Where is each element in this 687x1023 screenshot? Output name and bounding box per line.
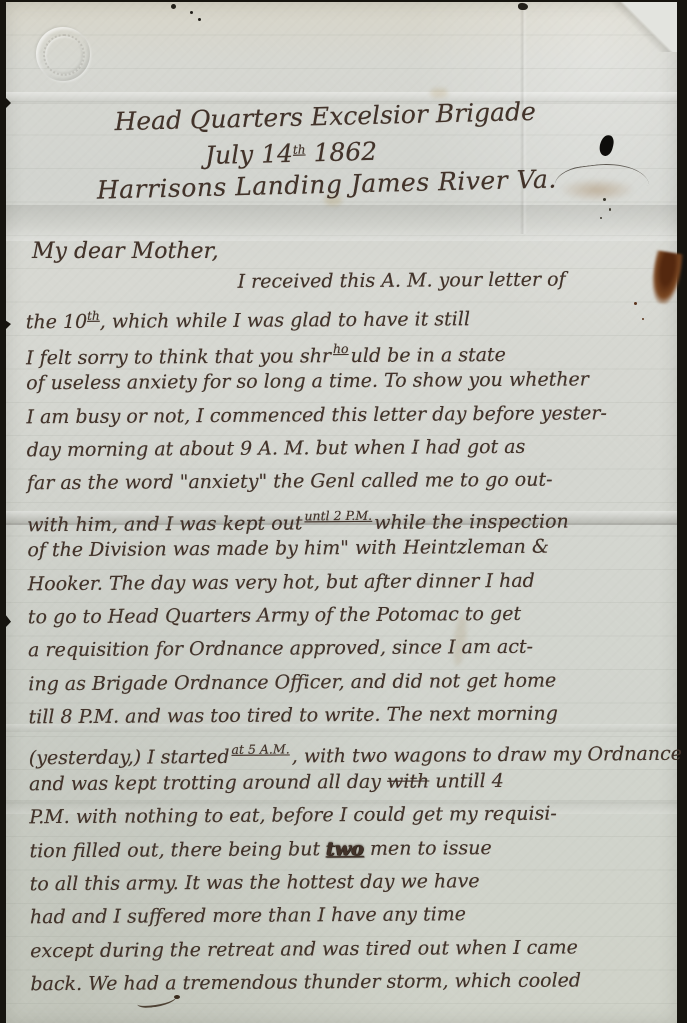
ink-speck xyxy=(603,198,606,201)
letter-line: of useless anxiety for so long a time. T… xyxy=(26,363,676,401)
letter-line-segment: back. We had a tremendous thunder storm,… xyxy=(30,970,581,996)
letter-line-segment: , which while I was glad to have it stil… xyxy=(100,309,470,334)
letter-line-segment: the 10 xyxy=(26,311,87,333)
letter-line-segment: far as the word "anxiety" the Genl calle… xyxy=(27,469,553,495)
letter-line-segment: of the Division was made by him" with He… xyxy=(27,536,549,562)
paper-stain xyxy=(430,88,448,98)
letter-line: to go to Head Quarters Army of the Potom… xyxy=(28,597,678,635)
letter-line-segment: day morning at about 9 A. M. but when I … xyxy=(27,436,526,461)
fold-crease xyxy=(6,205,677,241)
letter-body: I received this A. M. your letter ofthe … xyxy=(25,263,680,1002)
letter-line: of the Division was made by him" with He… xyxy=(27,530,677,568)
letter-line: Hooker. The day was very hot, but after … xyxy=(28,563,678,601)
salutation: My dear Mother, xyxy=(32,239,219,264)
paper-edge-notch xyxy=(5,97,11,109)
struck-text: with xyxy=(387,770,429,792)
letter-line-segment: till 8 P.M. and was too tired to write. … xyxy=(29,703,558,729)
letter-line: a requisition for Ordnance approved, sin… xyxy=(28,630,678,668)
letter-line-segment: Hooker. The day was very hot, but after … xyxy=(28,569,535,595)
inserted-text: at 5 A.M. xyxy=(231,742,289,757)
letter-header: Head Quarters Excelsior Brigade July 14t… xyxy=(5,93,647,209)
letter-line-segment: except during the retreat and was tired … xyxy=(30,936,578,962)
date-year: 1862 xyxy=(305,137,377,168)
letter-page: Head Quarters Excelsior Brigade July 14t… xyxy=(6,2,677,1023)
letter-line: I am busy or not, I commenced this lette… xyxy=(26,396,676,434)
letter-line-segment: ing as Brigade Ordnance Officer, and did… xyxy=(28,669,556,695)
letter-line-segment: I received this A. M. your letter of xyxy=(237,269,565,293)
letter-line: day morning at about 9 A. M. but when I … xyxy=(27,430,677,468)
letter-line: P.M. with nothing to eat, before I could… xyxy=(29,797,679,835)
scan-background: { "letter": { "header": { "line1": "Head… xyxy=(0,0,687,1023)
letter-line: to all this army. It was the hottest day… xyxy=(30,864,680,902)
ink-speck xyxy=(609,208,611,211)
letter-line: far as the word "anxiety" the Genl calle… xyxy=(27,463,677,501)
paper-edge-notch xyxy=(5,614,11,628)
ink-speck xyxy=(518,3,528,10)
embossed-seal xyxy=(36,27,90,81)
inserted-text: untl 2 P.M. xyxy=(304,508,372,523)
blotted-text: two xyxy=(326,838,364,860)
letter-line: and was kept trotting around all day wit… xyxy=(29,764,679,802)
letter-line-segment: to go to Head Quarters Army of the Potom… xyxy=(28,603,521,628)
letter-line: ing as Brigade Ordnance Officer, and did… xyxy=(28,663,678,701)
letter-line: (yesterday,) I startedat 5 A.M., with tw… xyxy=(29,730,679,768)
letter-line: back. We had a tremendous thunder storm,… xyxy=(30,964,680,1002)
letter-line-segment: tion filled out, there being but xyxy=(29,838,326,862)
paper-edge-notch xyxy=(5,320,11,330)
letter-line-segment: P.M. with nothing to eat, before I could… xyxy=(29,803,557,829)
ink-speck xyxy=(171,4,176,9)
ink-speck xyxy=(190,11,193,14)
letter-line-segment: untill 4 xyxy=(429,770,504,793)
letter-line-segment: of useless anxiety for so long a time. T… xyxy=(26,369,589,395)
letter-line-segment: a requisition for Ordnance approved, sin… xyxy=(28,636,533,662)
letter-line: tion filled out, there being but two men… xyxy=(29,830,679,868)
ink-speck xyxy=(600,217,602,219)
superscript-text: th xyxy=(87,309,100,323)
letter-line-segment: had and I suffered more than I have any … xyxy=(30,904,466,929)
ink-speck xyxy=(198,18,201,21)
letter-line-segment: I am busy or not, I commenced this lette… xyxy=(26,402,606,428)
embossed-seal-inner xyxy=(43,34,85,76)
letter-line-segment: men to issue xyxy=(364,837,492,860)
date-day: July 14 xyxy=(205,139,294,170)
letter-line-segment: to all this army. It was the hottest day… xyxy=(30,870,480,895)
letter-line: the 10th, which while I was glad to have… xyxy=(26,296,676,334)
letter-line: I felt sorry to think that you shrhould … xyxy=(26,330,676,368)
letter-line: except during the retreat and was tired … xyxy=(30,931,680,969)
inserted-text: ho xyxy=(333,341,349,356)
date-ordinal-suffix: th xyxy=(293,143,306,157)
letter-line-segment: and was kept trotting around all day xyxy=(29,771,387,795)
letter-line: till 8 P.M. and was too tired to write. … xyxy=(28,697,678,735)
corner-fold xyxy=(599,2,677,52)
letter-line: had and I suffered more than I have any … xyxy=(30,897,680,935)
letter-line: with him, and I was kept outuntl 2 P.M.w… xyxy=(27,496,677,534)
letter-line: I received this A. M. your letter of xyxy=(25,263,675,301)
